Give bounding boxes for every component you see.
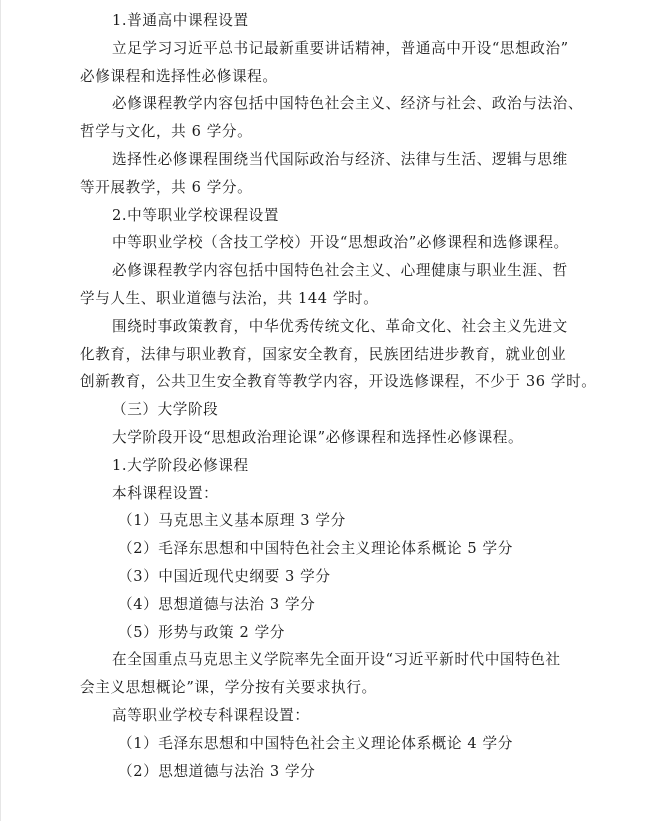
label-undergraduate-curriculum: 本科课程设置： xyxy=(80,480,640,508)
paragraph-line: 等开展教学，共 6 学分。 xyxy=(80,174,640,202)
paragraph-line: 会主义思想概论”课，学分按有关要求执行。 xyxy=(80,674,640,702)
paragraph-line: 必修课程教学内容包括中国特色社会主义、经济与社会、政治与法治、 xyxy=(80,90,640,118)
paragraph-line: 选择性必修课程围绕当代国际政治与经济、法律与生活、逻辑与思维 xyxy=(80,146,640,174)
paragraph-line: 哲学与文化，共 6 学分。 xyxy=(80,118,640,146)
paragraph-line: 立足学习习近平总书记最新重要讲话精神，普通高中开设“思想政治” xyxy=(80,35,640,63)
page-left-border xyxy=(0,0,1,821)
list-item-course: （1）马克思主义基本原理 3 学分 xyxy=(80,507,640,535)
list-item-course: （5）形势与政策 2 学分 xyxy=(80,619,640,647)
paragraph-line: 必修课程教学内容包括中国特色社会主义、心理健康与职业生涯、哲 xyxy=(80,257,640,285)
paragraph-line: 大学阶段开设“思想政治理论课”必修课程和选择性必修课程。 xyxy=(80,424,640,452)
heading-high-school-curriculum: 1.普通高中课程设置 xyxy=(80,7,640,35)
paragraph-line: 必修课程和选择性必修课程。 xyxy=(80,63,640,91)
document-page: 1.普通高中课程设置 立足学习习近平总书记最新重要讲话精神，普通高中开设“思想政… xyxy=(80,7,640,785)
list-item-course: （1）毛泽东思想和中国特色社会主义理论体系概论 4 学分 xyxy=(80,730,640,758)
list-item-course: （2）毛泽东思想和中国特色社会主义理论体系概论 5 学分 xyxy=(80,535,640,563)
section-heading-university-stage: （三）大学阶段 xyxy=(80,396,640,424)
heading-vocational-school-curriculum: 2.中等职业学校课程设置 xyxy=(80,202,640,230)
paragraph-line: 围绕时事政策教育，中华优秀传统文化、革命文化、社会主义先进文 xyxy=(80,313,640,341)
list-item-course: （4）思想道德与法治 3 学分 xyxy=(80,591,640,619)
list-item-course: （2）思想道德与法治 3 学分 xyxy=(80,758,640,786)
paragraph-line: 创新教育，公共卫生安全教育等教学内容，开设选修课程，不少于 36 学时。 xyxy=(80,368,640,396)
heading-university-required-courses: 1.大学阶段必修课程 xyxy=(80,452,640,480)
paragraph-line: 化教育，法律与职业教育，国家安全教育，民族团结进步教育，就业创业 xyxy=(80,341,640,369)
label-vocational-college-curriculum: 高等职业学校专科课程设置： xyxy=(80,702,640,730)
paragraph-line: 中等职业学校（含技工学校）开设“思想政治”必修课程和选修课程。 xyxy=(80,229,640,257)
list-item-course: （3）中国近现代史纲要 3 学分 xyxy=(80,563,640,591)
paragraph-line: 学与人生、职业道德与法治，共 144 学时。 xyxy=(80,285,640,313)
paragraph-line: 在全国重点马克思主义学院率先全面开设“习近平新时代中国特色社 xyxy=(80,646,640,674)
